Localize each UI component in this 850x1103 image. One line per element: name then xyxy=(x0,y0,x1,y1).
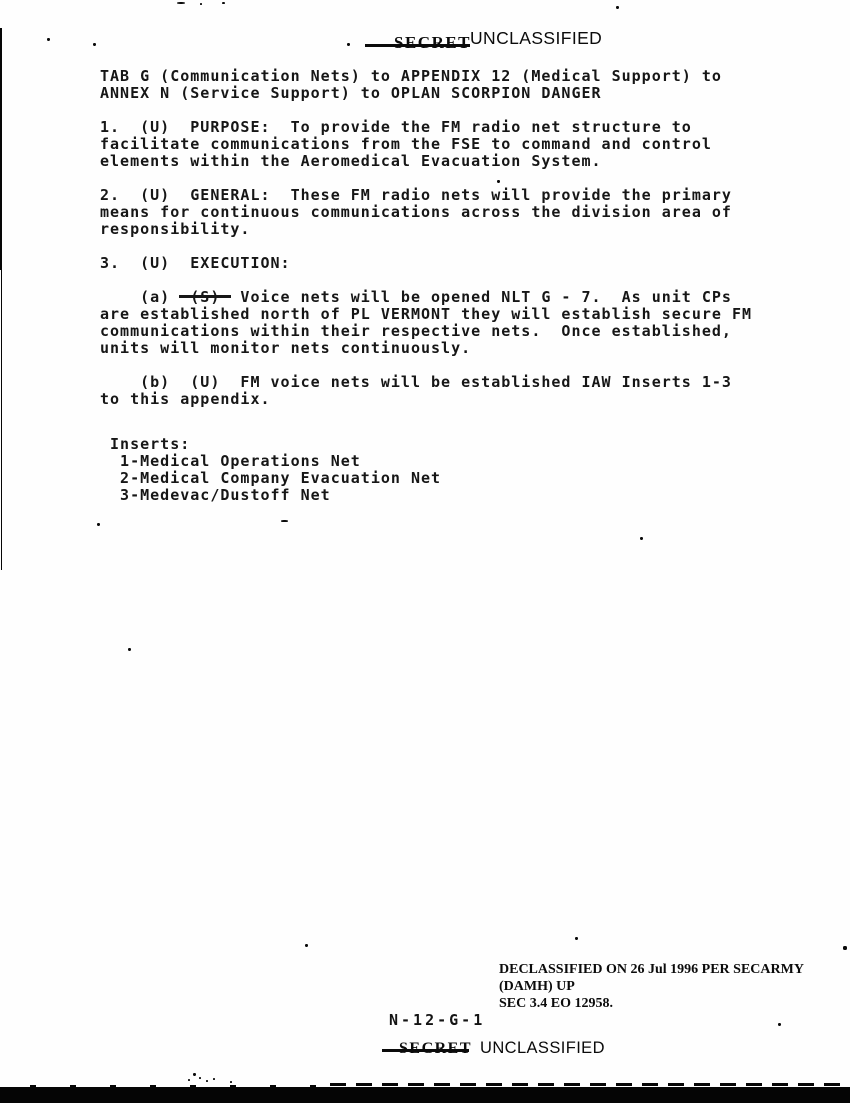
document-title: TAB G (Communication Nets) to APPENDIX 1… xyxy=(100,68,752,102)
scan-speck xyxy=(213,1078,215,1080)
scan-speck xyxy=(843,946,847,950)
paragraph-line: 3. (U) EXECUTION: xyxy=(100,255,752,272)
page-number: N-12-G-1 xyxy=(389,1011,485,1029)
inserts-list: Inserts: 1-Medical Operations Net 2-Medi… xyxy=(100,436,752,504)
header-strikethrough-line xyxy=(365,44,470,47)
scan-speck xyxy=(93,43,96,46)
paragraph-line: facilitate communications from the FSE t… xyxy=(100,136,752,153)
footer-unclassified-text: UNCLASSIFIED xyxy=(480,1039,605,1058)
paragraph-3b: (b) (U) FM voice nets will be establishe… xyxy=(100,374,752,408)
paragraph-3-execution: 3. (U) EXECUTION: xyxy=(100,255,752,272)
scan-speck xyxy=(281,520,288,522)
document-body: TAB G (Communication Nets) to APPENDIX 1… xyxy=(100,68,752,521)
insert-item: 2-Medical Company Evacuation Net xyxy=(100,470,752,487)
scan-speck xyxy=(128,648,131,651)
scan-speck xyxy=(199,1077,201,1079)
insert-item: 3-Medevac/Dustoff Net xyxy=(100,487,752,504)
scan-speck xyxy=(575,937,578,940)
scan-speck xyxy=(222,2,225,4)
scan-speck xyxy=(97,523,100,526)
scan-edge-line xyxy=(0,28,2,270)
scan-bottom-band xyxy=(0,1087,850,1103)
header-unclassified-text: UNCLASSIFIED xyxy=(470,28,602,49)
paragraph-3a-prefix: (a) xyxy=(100,288,190,306)
declassification-line: SEC 3.4 EO 12958. xyxy=(499,995,850,1012)
scan-speck xyxy=(640,537,643,540)
scan-speck xyxy=(47,38,50,41)
paragraph-line: are established north of PL VERMONT they… xyxy=(100,306,752,323)
paragraph-line: elements within the Aeromedical Evacuati… xyxy=(100,153,752,170)
header-secret-text: SECRET xyxy=(394,33,471,53)
paragraph-line: (b) (U) FM voice nets will be establishe… xyxy=(100,374,752,391)
scan-speck xyxy=(177,2,185,4)
scan-speck xyxy=(497,180,500,183)
paragraph-line: (a) (S) Voice nets will be opened NLT G … xyxy=(100,289,752,306)
footer-strikethrough-line xyxy=(382,1049,469,1052)
paragraph-2-general: 2. (U) GENERAL: These FM radio nets will… xyxy=(100,187,752,238)
scanned-document-page: SECRET UNCLASSIFIED TAB G (Communication… xyxy=(0,0,850,1103)
paragraph-line: communications within their respective n… xyxy=(100,323,752,340)
paragraph-line: responsibility. xyxy=(100,221,752,238)
scan-speck xyxy=(230,1081,232,1083)
paragraph-line: means for continuous communications acro… xyxy=(100,204,752,221)
paragraph-line: 1. (U) PURPOSE: To provide the FM radio … xyxy=(100,119,752,136)
scan-speck xyxy=(778,1023,781,1026)
scan-speck xyxy=(200,3,202,5)
declassification-line: DECLASSIFIED ON 26 Jul 1996 PER SECARMY … xyxy=(499,961,850,995)
insert-item: 1-Medical Operations Net xyxy=(100,453,752,470)
scan-speck xyxy=(193,1073,196,1076)
paragraph-line: units will monitor nets continuously. xyxy=(100,340,752,357)
scan-bottom-dashes xyxy=(30,1085,330,1087)
paragraph-3a: (a) (S) Voice nets will be opened NLT G … xyxy=(100,289,752,357)
paragraph-3a-text: Voice nets will be opened NLT G - 7. As … xyxy=(220,288,732,306)
declassification-stamp: DECLASSIFIED ON 26 Jul 1996 PER SECARMY … xyxy=(499,961,850,1012)
title-line: ANNEX N (Service Support) to OPLAN SCORP… xyxy=(100,85,752,102)
scan-bottom-dashes xyxy=(330,1083,850,1086)
scan-speck xyxy=(347,43,350,46)
inserts-heading: Inserts: xyxy=(100,436,752,453)
struck-classification-marking: (S) xyxy=(190,288,220,306)
paragraph-line: 2. (U) GENERAL: These FM radio nets will… xyxy=(100,187,752,204)
scan-speck xyxy=(305,944,308,947)
scan-speck xyxy=(616,6,619,9)
scan-speck xyxy=(188,1079,190,1081)
scan-edge-line xyxy=(1,270,2,570)
scan-speck xyxy=(206,1080,208,1082)
paragraph-1-purpose: 1. (U) PURPOSE: To provide the FM radio … xyxy=(100,119,752,170)
title-line: TAB G (Communication Nets) to APPENDIX 1… xyxy=(100,68,752,85)
paragraph-line: to this appendix. xyxy=(100,391,752,408)
